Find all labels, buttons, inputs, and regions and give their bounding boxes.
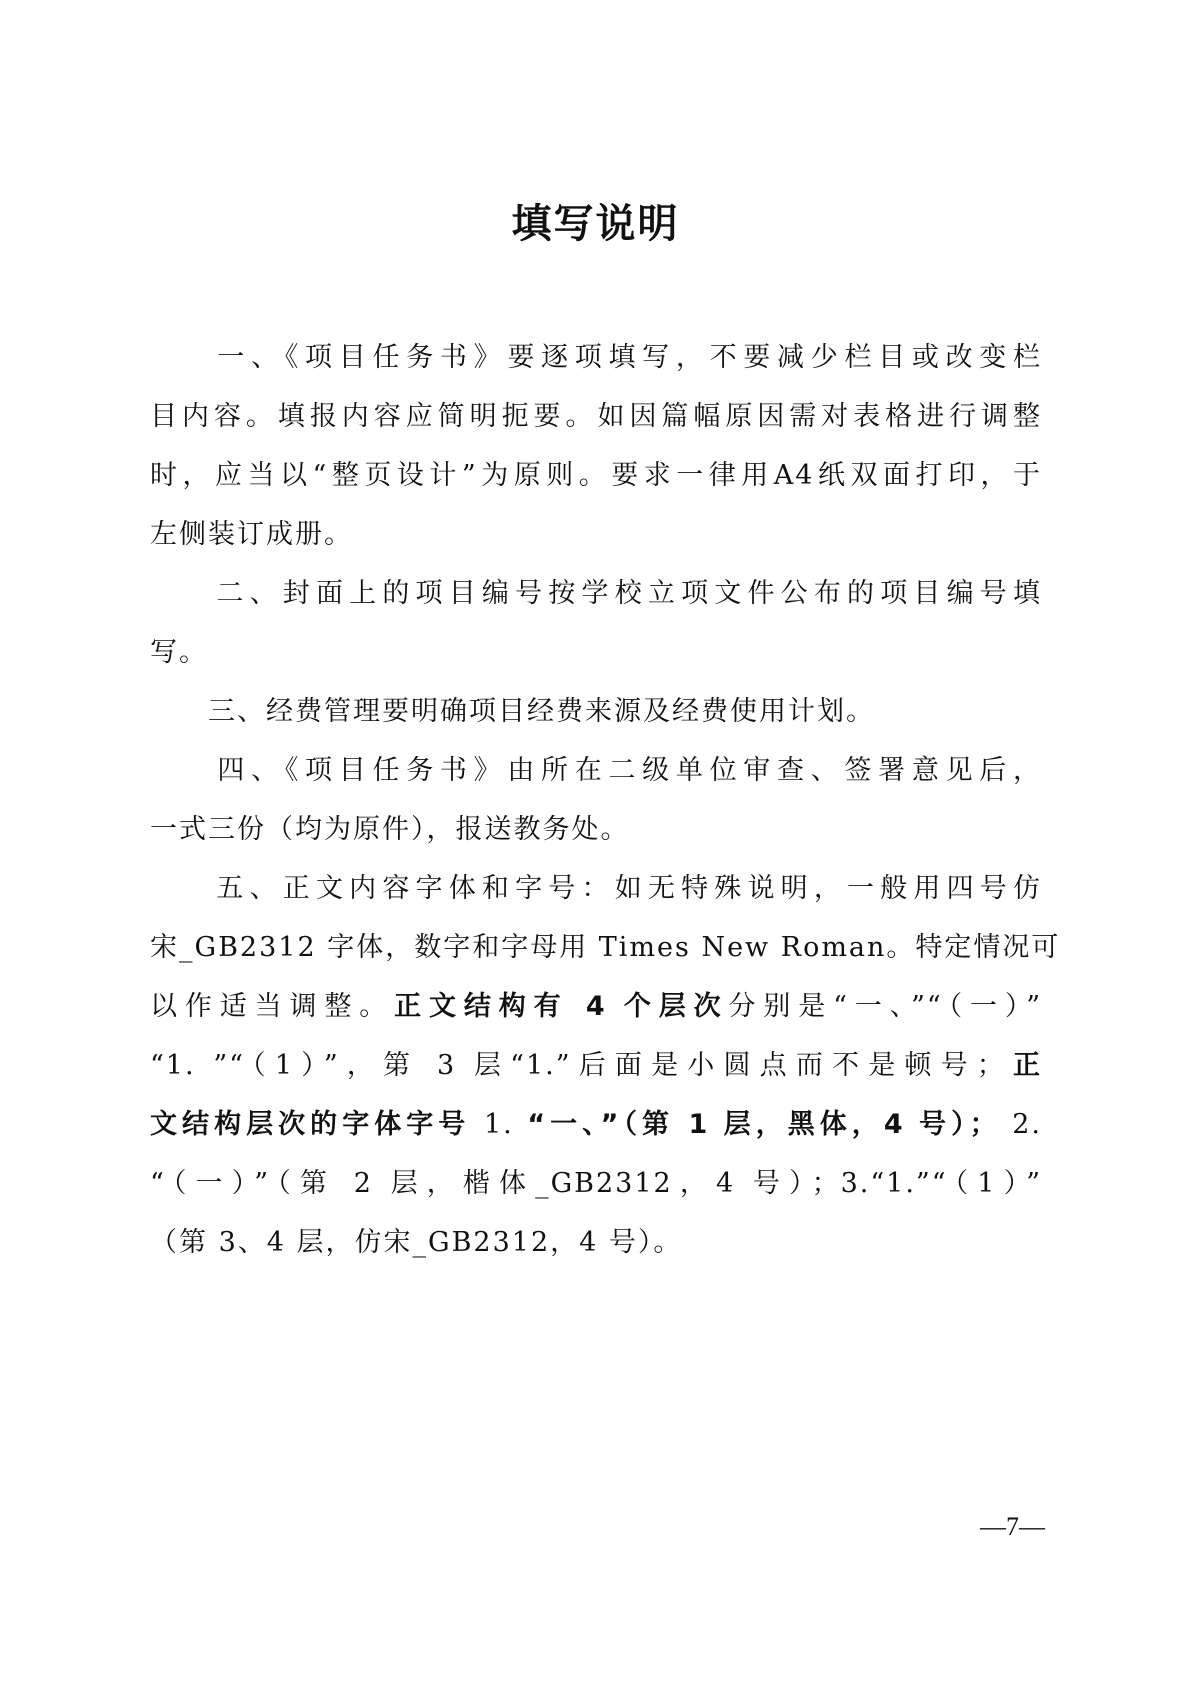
text-line: 宋_GB2312 字体，数字和字母用 Times New Roman。特定情况可	[150, 918, 1042, 977]
text-line: （第 3、4 层，仿宋_GB2312，4 号）。	[150, 1213, 1042, 1272]
text-line: 五、正文内容字体和字号：如无特殊说明，一般用四号仿	[150, 859, 1042, 918]
page-number: —7—	[980, 1512, 1045, 1542]
page-title: 填写说明	[0, 200, 1191, 248]
text-line: 时，应当以“整页设计”为原则。要求一律用A4纸双面打印，于	[150, 446, 1042, 505]
text-line: 四、《项目任务书》由所在二级单位审查、签署意见后，	[150, 741, 1042, 800]
bold-text: 正	[1006, 1050, 1042, 1081]
text-line: “1. ”“（1）”，第 3 层“1.”后面是小圆点而不是顿号；正	[150, 1036, 1042, 1095]
instructions-body: 一、《项目任务书》要逐项填写，不要减少栏目或改变栏 目内容。填报内容应简明扼要。…	[150, 328, 1042, 1272]
text-line: 写。	[150, 623, 1042, 682]
text-span: 以作适当调整。	[150, 991, 394, 1022]
text-span: 1.	[470, 1109, 527, 1140]
text-line: 左侧装订成册。	[150, 505, 1042, 564]
text-span: 分别是“一、”“（一）”	[729, 991, 1043, 1022]
text-span: 2.	[999, 1109, 1042, 1140]
text-line: 三、经费管理要明确项目经费来源及经费使用计划。	[150, 682, 1042, 741]
text-line: 一式三份（均为原件），报送教务处。	[150, 800, 1042, 859]
text-line: 目内容。填报内容应简明扼要。如因篇幅原因需对表格进行调整	[150, 387, 1042, 446]
bold-text: 正文结构有 4 个层次	[394, 991, 728, 1022]
text-span: “1. ”“（1）”，第 3 层“1.”后面是小圆点而不是顿号；	[150, 1050, 1006, 1081]
text-line: “（一）”（第 2 层，楷体_GB2312，4 号）；3.“1.”“（1）”	[150, 1154, 1042, 1213]
bold-text: “一、”（第 1 层，黑体，4 号）；	[527, 1109, 998, 1140]
text-line: 一、《项目任务书》要逐项填写，不要减少栏目或改变栏	[150, 328, 1042, 387]
text-line: 文结构层次的字体字号 1. “一、”（第 1 层，黑体，4 号）； 2.	[150, 1095, 1042, 1154]
text-line: 二、封面上的项目编号按学校立项文件公布的项目编号填	[150, 564, 1042, 623]
bold-text: 文结构层次的字体字号	[150, 1109, 470, 1140]
text-line: 以作适当调整。正文结构有 4 个层次分别是“一、”“（一）”	[150, 977, 1042, 1036]
